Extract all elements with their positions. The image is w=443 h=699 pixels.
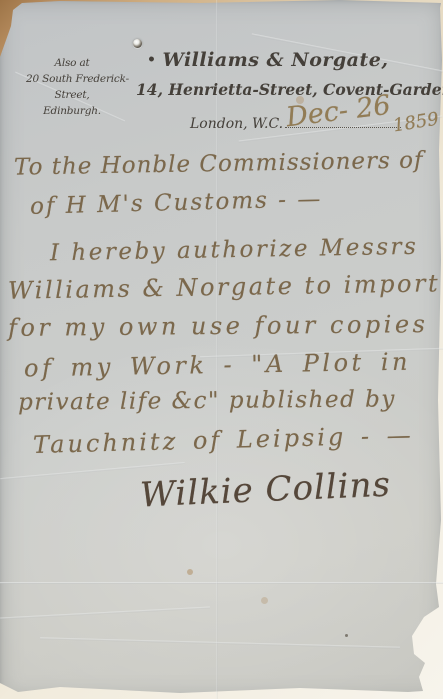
side-address-line: 20 South Frederick- <box>26 71 118 87</box>
handwritten-line: private life &c" published by <box>18 386 396 415</box>
bullet-mark: • <box>147 52 156 68</box>
handwritten-line: for my own use four copies <box>8 310 429 342</box>
firm-name-text: Williams & Norgate, <box>162 49 388 71</box>
punch-hole <box>133 39 142 48</box>
side-address-line: Also at <box>26 55 118 71</box>
letterhead-firm-name: •Williams & Norgate, <box>147 49 388 71</box>
letterhead-side-address: Also at 20 South Frederick- Street, Edin… <box>26 55 118 119</box>
side-address-line: Edinburgh. <box>26 103 118 119</box>
scanned-letter: Also at 20 South Frederick- Street, Edin… <box>0 0 443 699</box>
side-address-line: Street, <box>26 87 118 103</box>
letterhead-street-address: 14, Henrietta-Street, Covent-Garden. <box>136 80 443 99</box>
city-text: London, W.C. <box>190 116 283 132</box>
